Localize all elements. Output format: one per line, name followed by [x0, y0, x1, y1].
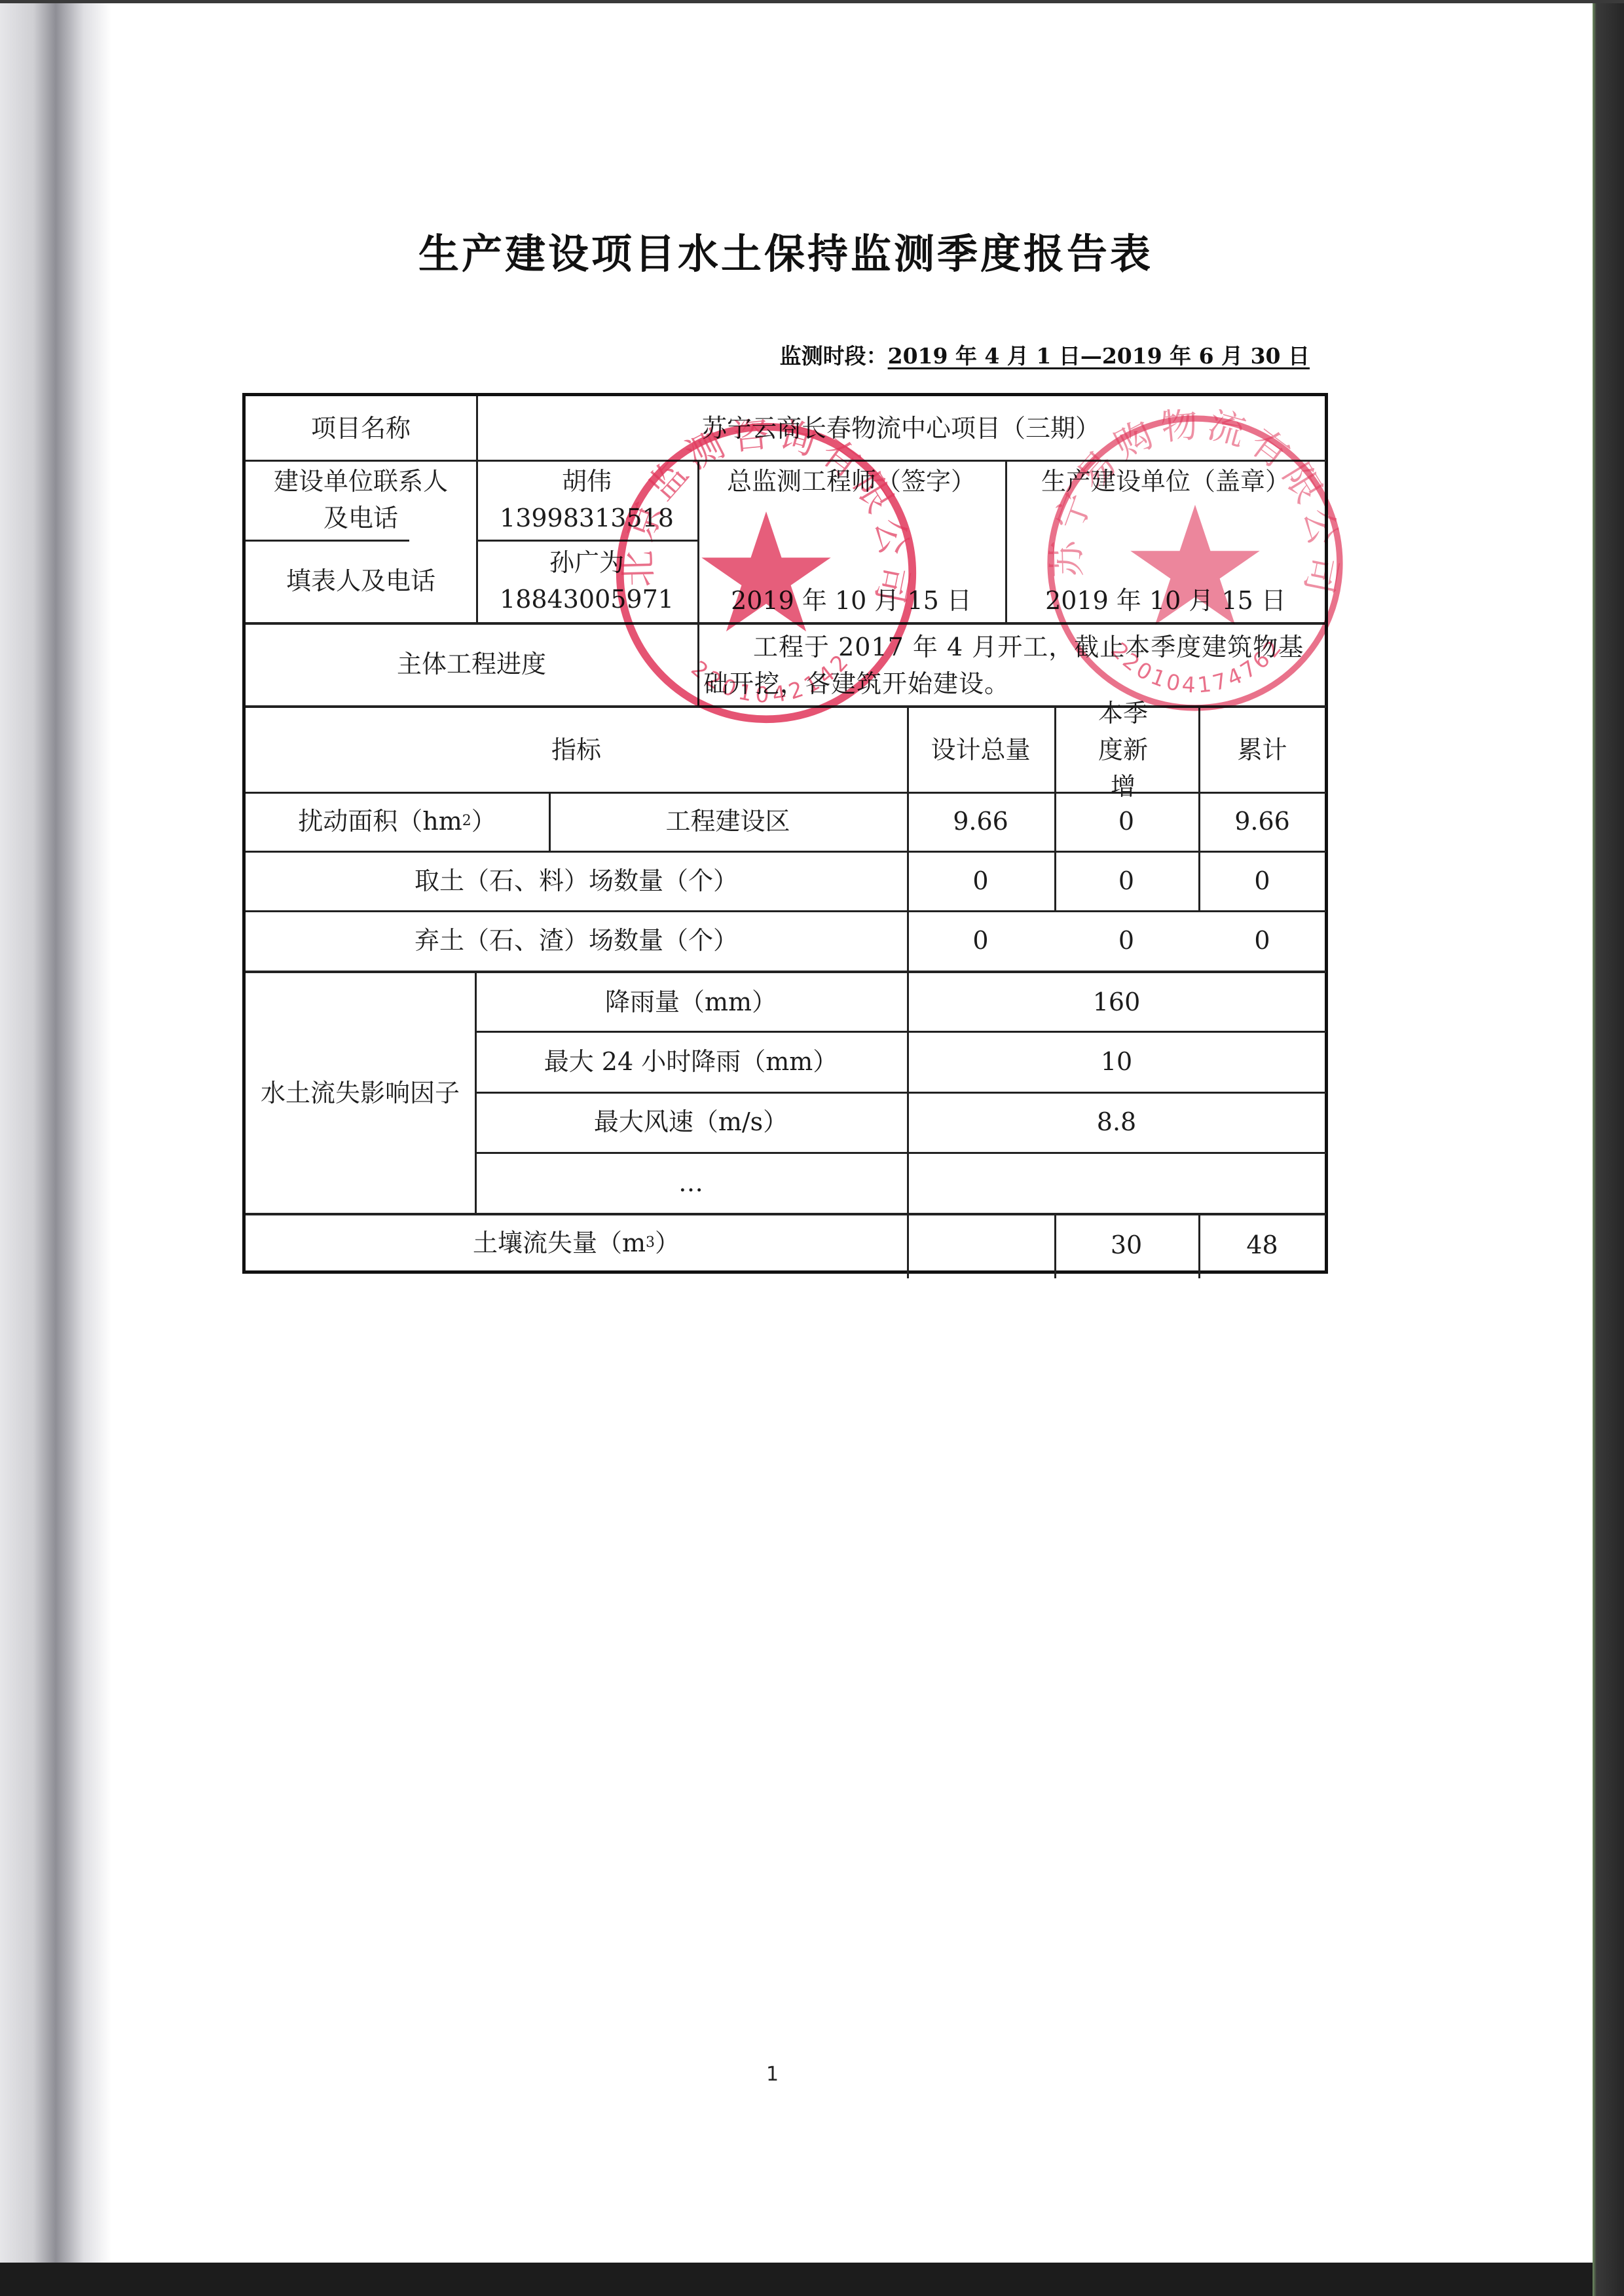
disturbed-area-season: 0 — [1054, 792, 1198, 851]
project-name-value: 苏宁云商长春物流中心项目（三期） — [476, 396, 1326, 460]
indicator-header: 指标 — [246, 708, 907, 792]
period-label: 监测时段： — [780, 343, 888, 369]
design-total-header: 设计总量 — [907, 708, 1054, 792]
disturbed-area-zone: 工程建设区 — [549, 792, 907, 851]
spoil-sites-season: 0 — [1054, 910, 1198, 971]
season-new-header: 本季度新增 — [1061, 708, 1185, 792]
engineer-signature-date: 2019 年 10 月 15 日 — [697, 581, 1005, 620]
spoil-sites-design: 0 — [907, 910, 1054, 971]
progress-text: 工程于 2017 年 4 月开工，截止本季度建筑物基础开挖，各建筑开始建设。 — [699, 625, 1326, 705]
scanner-top-edge — [0, 0, 1624, 3]
scanned-page: 生产建设项目水土保持监测季度报告表 监测时段：2019 年 4 月 1 日—20… — [0, 0, 1604, 2263]
builder-contact-label: 建设单位联系人及电话 — [252, 460, 470, 540]
disturbed-area-label: 扰动面积（hm2） — [246, 792, 549, 851]
project-name-label: 项目名称 — [246, 396, 476, 460]
spoil-sites-label: 弃土（石、渣）场数量（个） — [246, 910, 907, 971]
erosion-factor-rainfall-label: 降雨量（mm） — [475, 973, 907, 1031]
cumulative-header: 累计 — [1198, 708, 1326, 792]
filler-phone: 18843005971 — [500, 581, 674, 618]
borrow-sites-design: 0 — [907, 851, 1054, 910]
erosion-factors-label: 水土流失影响因子 — [252, 973, 468, 1213]
period-value: 2019 年 4 月 1 日—2019 年 6 月 30 日 — [888, 343, 1310, 369]
builder-name: 胡伟 — [562, 463, 612, 500]
soil-loss-season: 30 — [1054, 1215, 1198, 1274]
erosion-factor-more-value — [907, 1152, 1326, 1213]
monitoring-period: 监测时段：2019 年 4 月 1 日—2019 年 6 月 30 日 — [780, 339, 1310, 370]
erosion-factor-max24h-label: 最大 24 小时降雨（mm） — [475, 1031, 907, 1092]
borrow-sites-season: 0 — [1054, 851, 1198, 910]
unit-stamp-label: 生产建设单位（盖章） — [1005, 462, 1326, 501]
binding-shadow — [0, 0, 111, 2263]
erosion-factor-rainfall-value: 160 — [907, 973, 1326, 1031]
filler-name: 孙广为 — [549, 544, 624, 581]
soil-loss-design — [907, 1215, 1054, 1270]
progress-label: 主体工程进度 — [246, 622, 697, 705]
borrow-sites-label: 取土（石、料）场数量（个） — [246, 851, 907, 910]
soil-loss-label: 土壤流失量（m3） — [246, 1215, 907, 1270]
erosion-factor-max24h-value: 10 — [907, 1031, 1326, 1092]
filler-contact: 孙广为 18843005971 — [476, 540, 697, 622]
scanner-edge — [1593, 0, 1624, 2296]
unit-stamp-date: 2019 年 10 月 15 日 — [1005, 581, 1326, 620]
borrow-sites-cumulative: 0 — [1198, 851, 1326, 910]
page-number: 1 — [766, 2063, 779, 2086]
spoil-sites-cumulative: 0 — [1198, 910, 1326, 971]
report-table: 项目名称 苏宁云商长春物流中心项目（三期） 建设单位联系人及电话 胡伟 1399… — [242, 393, 1328, 1274]
disturbed-area-design: 9.66 — [907, 792, 1054, 851]
erosion-factor-wind-value: 8.8 — [907, 1092, 1326, 1152]
builder-phone: 13998313518 — [500, 500, 674, 536]
filler-contact-label: 填表人及电话 — [246, 540, 476, 622]
soil-loss-cumulative: 48 — [1198, 1215, 1326, 1274]
erosion-factor-wind-label: 最大风速（m/s） — [475, 1092, 907, 1152]
disturbed-area-cumulative: 9.66 — [1198, 792, 1326, 851]
document-title: 生产建设项目水土保持监测季度报告表 — [0, 221, 1572, 280]
engineer-signature-label: 总监测工程师（签字） — [697, 462, 1005, 501]
builder-contact: 胡伟 13998313518 — [476, 460, 697, 540]
erosion-factor-more-label: … — [475, 1152, 907, 1213]
